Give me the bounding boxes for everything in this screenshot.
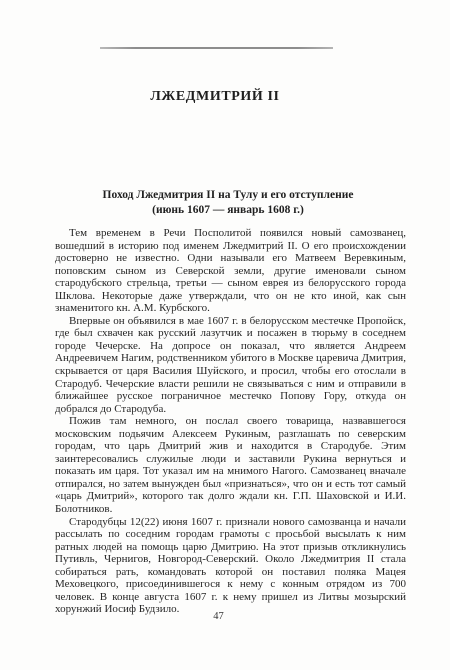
section-heading: Поход Лжедмитрия II на Тулу и его отступ… [40,188,416,218]
paragraph: Пожив там немного, он послал своего това… [55,415,406,515]
paragraph: Тем временем в Речи Посполитой появился … [55,227,406,315]
section-title-line1: Поход Лжедмитрия II на Тулу и его отступ… [40,188,416,203]
paragraph: Впервые он объявился в мае 1607 г. в бел… [55,315,406,415]
body-text: Тем временем в Речи Посполитой появился … [55,227,406,616]
section-title-line2: (июнь 1607 — январь 1608 г.) [40,203,416,218]
paragraph: Стародубцы 12(22) июня 1607 г. признали … [55,516,406,616]
page-number: 47 [0,611,437,622]
book-page: ЛЖЕДМИТРИЙ II Поход Лжедмитрия II на Тул… [0,0,450,670]
header-rule [100,47,333,49]
chapter-title: ЛЖЕДМИТРИЙ II [0,89,430,105]
